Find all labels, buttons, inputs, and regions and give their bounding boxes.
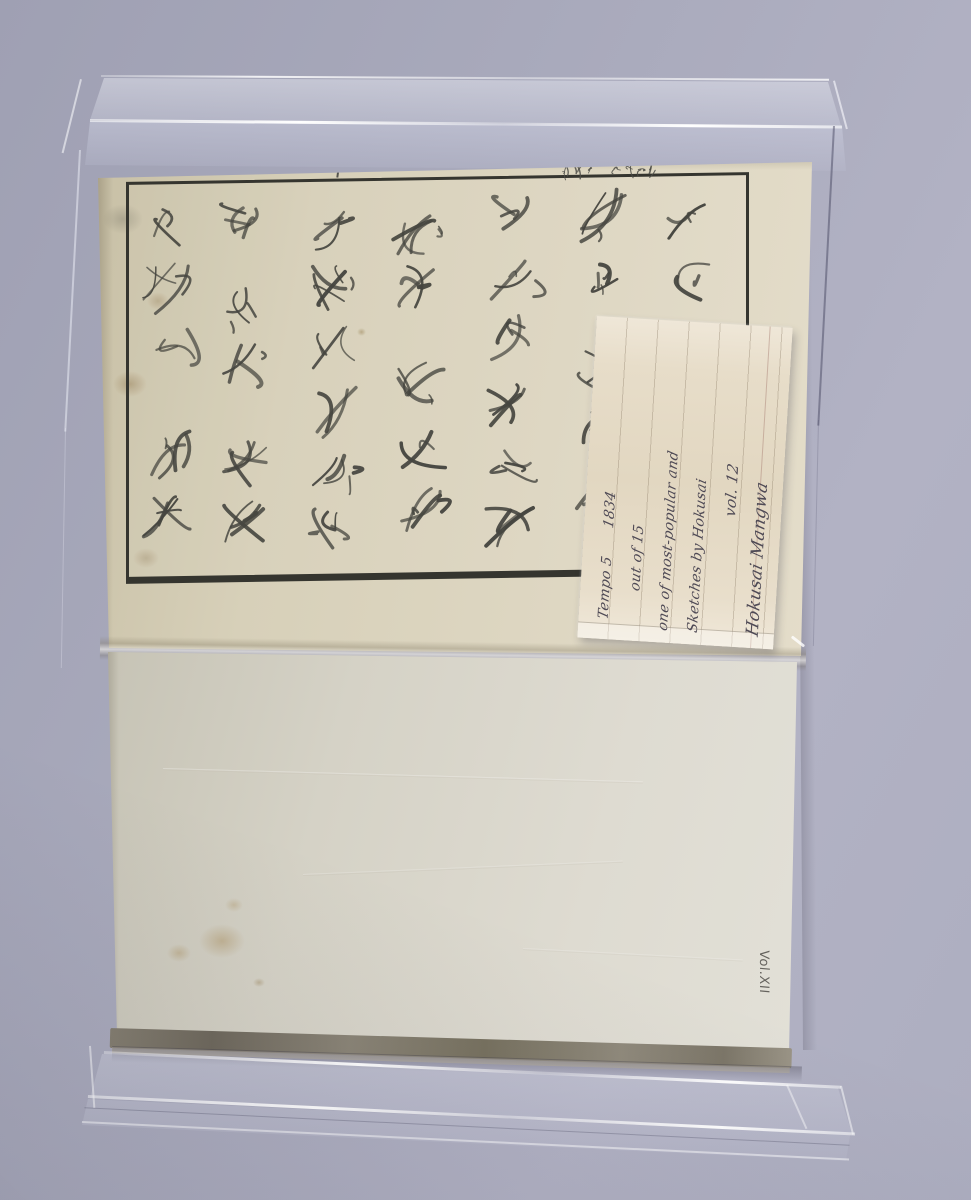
page-registration-tick [336, 167, 339, 177]
paper-stain [253, 978, 265, 987]
acrylic-corner-fold [89, 1046, 95, 1108]
acrylic-corner-fold [840, 1086, 854, 1135]
acrylic-corner-fold [833, 80, 848, 129]
acrylic-side-edge-left [64, 150, 81, 432]
paper-crease [163, 768, 643, 783]
volume-label: Vol.XII [752, 950, 771, 1028]
volume-label-text: Vol.XII [756, 949, 771, 994]
page-edge-shading [95, 156, 817, 170]
acrylic-edge-highlight [88, 1095, 855, 1136]
paper-crease [303, 861, 623, 876]
acrylic-side-edge-left [61, 428, 66, 668]
book-lower-page [103, 648, 803, 1060]
acrylic-bottom-flange [82, 1097, 854, 1167]
acrylic-side-edge-right [817, 126, 835, 426]
acrylic-corner-fold [786, 1085, 807, 1129]
acrylic-corner-fold [62, 79, 82, 153]
paper-stain [167, 944, 191, 962]
note-handwriting: Hokusai Mangwa vol. 12 Sketches by Hokus… [582, 320, 786, 637]
paper-stain [199, 924, 245, 958]
acrylic-edge-highlight [90, 119, 842, 129]
photo-scene: Vol.XII Hokusai Mangwa vol. 12 Sketches … [0, 0, 971, 1200]
acrylic-edge-highlight [101, 75, 829, 81]
catalog-note-card: Hokusai Mangwa vol. 12 Sketches by Hokus… [577, 316, 792, 649]
page-edge-shading [103, 648, 119, 1060]
running-title-stamp [559, 158, 671, 184]
paper-crease [523, 948, 743, 962]
paper-stain [225, 898, 243, 912]
page-edge-shading [95, 156, 113, 658]
